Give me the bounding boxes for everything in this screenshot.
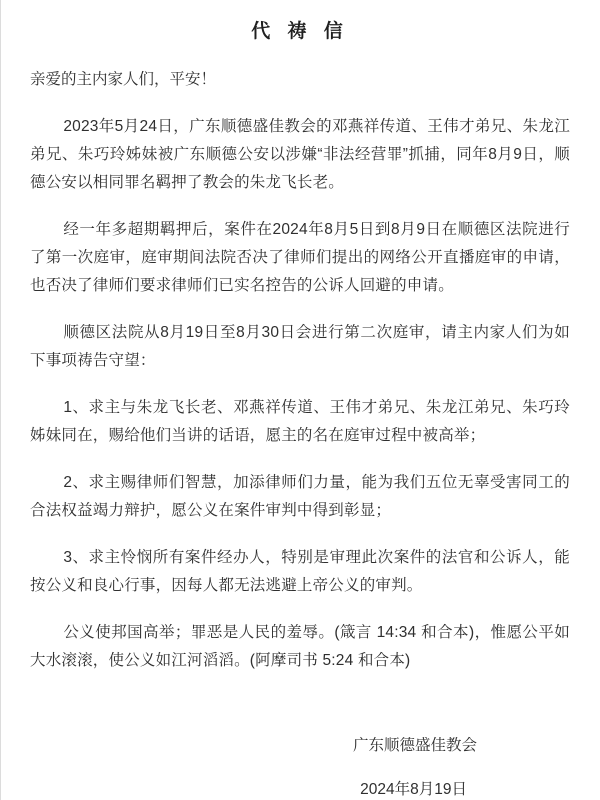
prayer-request-3: 3、求主怜悯所有案件经办人，特别是审理此次案件的法官和公诉人，能按公义和良心行事… [30,544,570,600]
prayer-request-1: 1、求主与朱龙飞长老、邓燕祥传道、王伟才弟兄、朱龙江弟兄、朱巧玲姊妹同在，赐给他… [30,394,570,450]
prayer-letter-document: { "document": { "title": "代 祷 信", "greet… [0,0,600,800]
second-hearing-announcement-paragraph: 顺德区法院从8月19日至8月30日会进行第二次庭审，请主内家人们为如下事项祷告守… [30,319,570,375]
intro-arrest-paragraph: 2023年5月24日，广东顺德盛佳教会的邓燕祥传道、王伟才弟兄、朱龙江弟兄、朱巧… [30,113,570,197]
greeting-line: 亲爱的主内家人们，平安！ [30,66,570,94]
signature-line: 广东顺德盛佳教会 [30,732,570,760]
date-line: 2024年8月19日 [30,776,570,800]
prayer-request-2: 2、求主赐律师们智慧，加添律师们力量，能为我们五位无辜受害同工的合法权益竭力辩护… [30,469,570,525]
first-hearing-paragraph: 经一年多超期羁押后，案件在2024年8月5日到8月9日在顺德区法院进行了第一次庭… [30,216,570,300]
scripture-quote-paragraph: 公义使邦国高举；罪恶是人民的羞辱。(箴言 14:34 和合本)，惟愿公平如大水滚… [30,619,570,675]
page-title: 代 祷 信 [30,16,570,43]
